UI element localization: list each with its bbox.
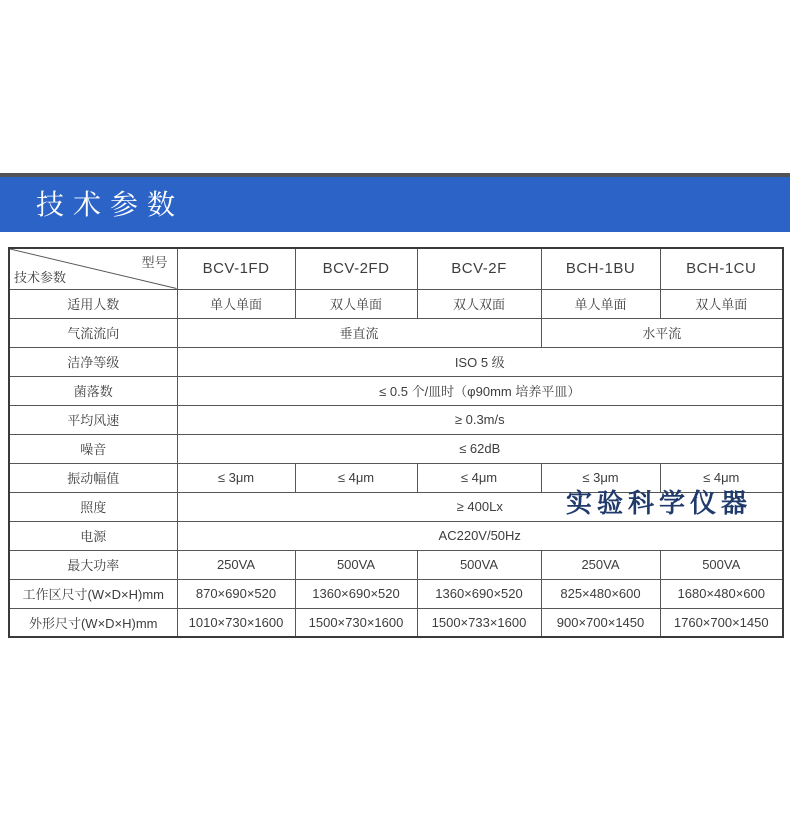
row-label: 振动幅值 [9,463,177,492]
spec-cell: 900×700×1450 [541,608,660,637]
spec-cell: 1360×690×520 [295,579,417,608]
spec-cell: 1010×730×1600 [177,608,295,637]
table-row: 洁净等级 ISO 5 级 [9,347,783,376]
table-row: 工作区尺寸(W×D×H)mm 870×690×520 1360×690×520 … [9,579,783,608]
row-label: 适用人数 [9,289,177,318]
spec-cell: 水平流 [541,318,783,347]
spec-cell: ≤ 3μm [177,463,295,492]
section-title: 技术参数 [0,191,184,219]
spec-cell: ≤ 0.5 个/皿时（φ90mm 培养平皿） [177,376,783,405]
spec-cell: 250VA [177,550,295,579]
spec-cell: 双人单面 [295,289,417,318]
spec-cell: ≤ 62dB [177,434,783,463]
corner-param-label: 技术参数 [14,267,66,286]
row-label: 工作区尺寸(W×D×H)mm [9,579,177,608]
table-row: 菌落数 ≤ 0.5 个/皿时（φ90mm 培养平皿） [9,376,783,405]
model-header: BCV-1FD [177,248,295,289]
spec-cell: 870×690×520 [177,579,295,608]
row-label: 平均风速 [9,405,177,434]
spec-table: 型号 技术参数 BCV-1FD BCV-2FD BCV-2F BCH-1BU B… [8,247,784,638]
spec-cell: 1500×730×1600 [295,608,417,637]
spec-cell: 1680×480×600 [660,579,783,608]
spec-cell: 250VA [541,550,660,579]
model-header: BCV-2FD [295,248,417,289]
spec-cell: 1760×700×1450 [660,608,783,637]
spec-page: 技术参数 型号 技术参数 BCV-1FD BCV-2FD BCV [0,0,790,824]
vendor-watermark: 实验科学仪器 [566,489,752,519]
table-row: 适用人数 单人单面 双人单面 双人双面 单人单面 双人单面 [9,289,783,318]
table-row: 平均风速 ≥ 0.3m/s [9,405,783,434]
row-label: 洁净等级 [9,347,177,376]
spec-cell: 双人单面 [660,289,783,318]
row-label: 照度 [9,492,177,521]
spec-cell: 825×480×600 [541,579,660,608]
spec-cell: ISO 5 级 [177,347,783,376]
spec-cell: 单人单面 [177,289,295,318]
spec-cell: 1500×733×1600 [417,608,541,637]
section-banner: 技术参数 [0,173,790,232]
model-header: BCV-2F [417,248,541,289]
spec-cell: AC220V/50Hz [177,521,783,550]
spec-cell: 双人双面 [417,289,541,318]
row-label: 菌落数 [9,376,177,405]
table-row: 噪音 ≤ 62dB [9,434,783,463]
row-label: 电源 [9,521,177,550]
corner-cell: 型号 技术参数 [9,248,177,289]
row-label: 外形尺寸(W×D×H)mm [9,608,177,637]
spec-cell: 单人单面 [541,289,660,318]
spec-cell: 500VA [417,550,541,579]
spec-cell: ≤ 4μm [417,463,541,492]
model-header: BCH-1CU [660,248,783,289]
table-header-row: 型号 技术参数 BCV-1FD BCV-2FD BCV-2F BCH-1BU B… [9,248,783,289]
spec-cell: ≤ 4μm [295,463,417,492]
table-row: 气流流向 垂直流 水平流 [9,318,783,347]
spec-cell: 500VA [660,550,783,579]
row-label: 最大功率 [9,550,177,579]
row-label: 噪音 [9,434,177,463]
spec-cell: 1360×690×520 [417,579,541,608]
table-row: 电源 AC220V/50Hz [9,521,783,550]
table-row: 外形尺寸(W×D×H)mm 1010×730×1600 1500×730×160… [9,608,783,637]
model-header: BCH-1BU [541,248,660,289]
corner-model-label: 型号 [141,252,167,271]
table-row: 最大功率 250VA 500VA 500VA 250VA 500VA [9,550,783,579]
spec-cell: 垂直流 [177,318,541,347]
spec-cell: 500VA [295,550,417,579]
row-label: 气流流向 [9,318,177,347]
spec-cell: ≥ 0.3m/s [177,405,783,434]
